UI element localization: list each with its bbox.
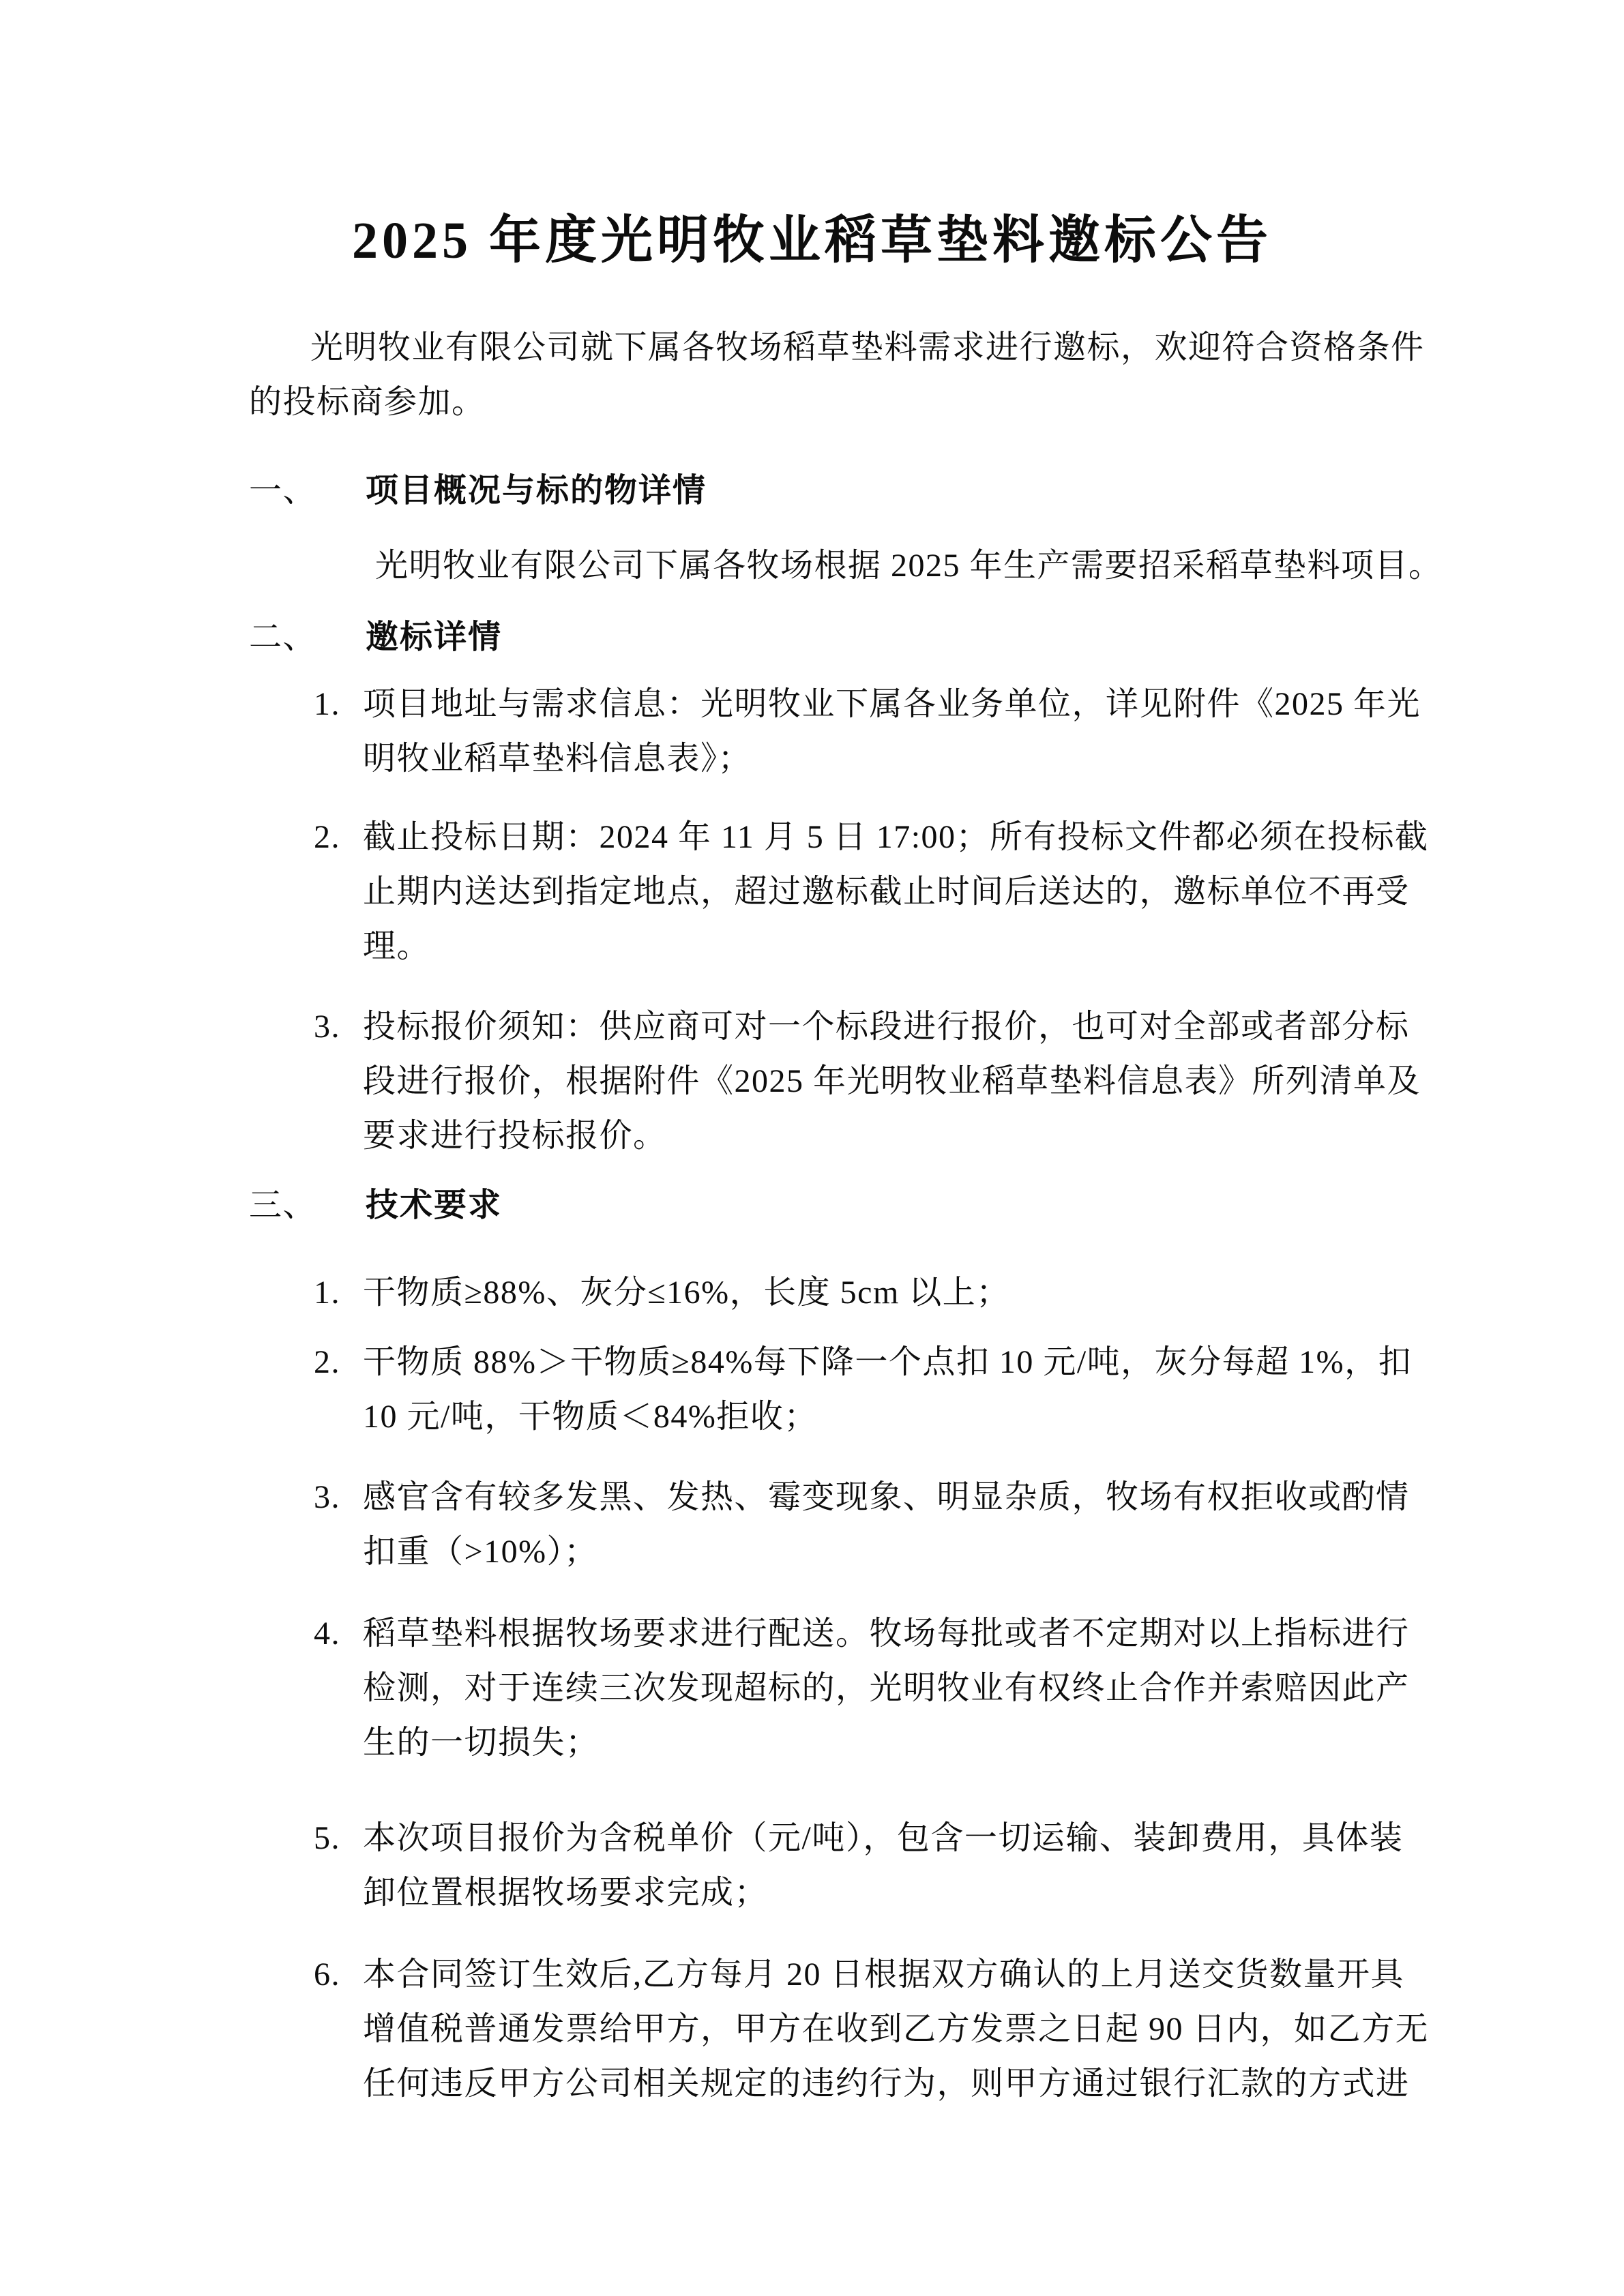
list-item: 3. 感官含有较多发黑、发热、霉变现象、明显杂质，牧场有权拒收或酌情 扣重（>1… [249, 1470, 1477, 1579]
item-number: 2. [314, 1335, 363, 1444]
list-item: 1. 项目地址与需求信息：光明牧业下属各业务单位，详见附件《2025 年光 明牧… [249, 677, 1477, 786]
item-text: 干物质 88%＞干物质≥84%每下降一个点扣 10 元/吨，灰分每超 1%，扣 … [363, 1335, 1477, 1444]
item-number: 2. [314, 810, 363, 974]
item-text: 稻草垫料根据牧场要求进行配送。牧场每批或者不定期对以上指标进行 检测，对于连续三… [363, 1607, 1477, 1770]
item-text: 本次项目报价为含税单价（元/吨），包含一切运输、装卸费用，具体装 卸位置根据牧场… [363, 1811, 1477, 1920]
list-item: 4. 稻草垫料根据牧场要求进行配送。牧场每批或者不定期对以上指标进行 检测，对于… [249, 1607, 1477, 1770]
item-number: 5. [314, 1811, 363, 1920]
item-number: 1. [314, 677, 363, 786]
item-text: 截止投标日期：2024 年 11 月 5 日 17:00；所有投标文件都必须在投… [363, 810, 1477, 974]
section-2-label: 邀标详情 [366, 619, 502, 655]
list-item: 2. 截止投标日期：2024 年 11 月 5 日 17:00；所有投标文件都必… [249, 810, 1477, 974]
section-1-label: 项目概况与标的物详情 [366, 473, 707, 509]
item-number: 4. [314, 1607, 363, 1770]
page-title: 2025 年度光明牧业稻草垫料邀标公告 [0, 203, 1624, 278]
section-1-number: 一、 [249, 464, 366, 518]
item-text: 本合同签订生效后,乙方每月 20 日根据双方确认的上月送交货数量开具 增值税普通… [363, 1948, 1477, 2111]
item-text: 项目地址与需求信息：光明牧业下属各业务单位，详见附件《2025 年光 明牧业稻草… [363, 677, 1477, 786]
list-item: 1. 干物质≥88%、灰分≤16%，长度 5cm 以上； [249, 1266, 1477, 1320]
list-item: 5. 本次项目报价为含税单价（元/吨），包含一切运输、装卸费用，具体装 卸位置根… [249, 1811, 1477, 1920]
item-number: 3. [314, 1000, 363, 1163]
item-number: 6. [314, 1948, 363, 2111]
section-3-number: 三、 [249, 1178, 366, 1233]
item-number: 3. [314, 1470, 363, 1579]
item-number: 1. [314, 1266, 363, 1320]
item-text: 干物质≥88%、灰分≤16%，长度 5cm 以上； [363, 1266, 1477, 1320]
list-item: 3. 投标报价须知：供应商可对一个标段进行报价，也可对全部或者部分标 段进行报价… [249, 1000, 1477, 1163]
section-3-heading: 三、技术要求 [249, 1178, 1477, 1233]
section-1-heading: 一、项目概况与标的物详情 [249, 464, 1477, 518]
document-page: 2025 年度光明牧业稻草垫料邀标公告 光明牧业有限公司就下属各牧场稻草垫料需求… [0, 0, 1624, 2296]
section-2-number: 二、 [249, 610, 366, 665]
section-1-paragraph: 光明牧业有限公司下属各牧场根据 2025 年生产需要招采稻草垫料项目。 [249, 539, 1477, 593]
list-item: 2. 干物质 88%＞干物质≥84%每下降一个点扣 10 元/吨，灰分每超 1%… [249, 1335, 1477, 1444]
intro-paragraph: 光明牧业有限公司就下属各牧场稻草垫料需求进行邀标，欢迎符合资格条件 的投标商参加… [249, 320, 1477, 430]
section-2-heading: 二、邀标详情 [249, 610, 1477, 665]
item-text: 投标报价须知：供应商可对一个标段进行报价，也可对全部或者部分标 段进行报价，根据… [363, 1000, 1477, 1163]
item-text: 感官含有较多发黑、发热、霉变现象、明显杂质，牧场有权拒收或酌情 扣重（>10%）… [363, 1470, 1477, 1579]
section-3-label: 技术要求 [366, 1187, 502, 1223]
list-item: 6. 本合同签订生效后,乙方每月 20 日根据双方确认的上月送交货数量开具 增值… [249, 1948, 1477, 2111]
